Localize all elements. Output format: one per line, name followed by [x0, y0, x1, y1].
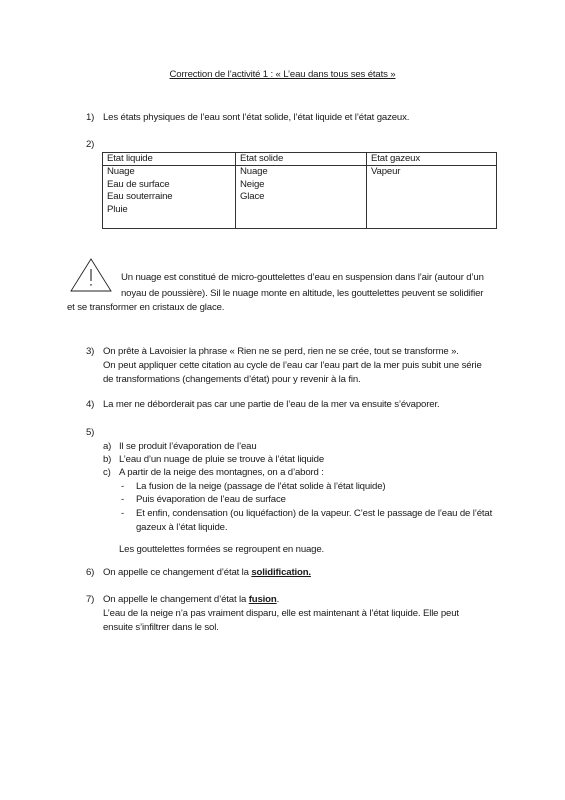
- q3-line-1: On prête à Lavoisier la phrase « Rien ne…: [103, 346, 459, 358]
- header-solid: Etat solide: [236, 153, 367, 166]
- q4-answer: La mer ne déborderait pas car une partie…: [103, 399, 439, 411]
- dash-bullet: -: [121, 508, 124, 520]
- q7-number: 7): [86, 594, 94, 606]
- q7-line-2: ensuite s’infiltrer dans le sol.: [103, 622, 219, 634]
- header-liquid: Etat liquide: [103, 153, 236, 166]
- q5c-sub-3: Et enfin, condensation (ou liquéfaction)…: [136, 508, 492, 520]
- list-item: Vapeur: [371, 166, 492, 179]
- list-item: Nuage: [240, 166, 362, 179]
- q3-line-3: de transformations (changements d’état) …: [103, 374, 361, 386]
- q5a-text: Il se produit l’évaporation de l’eau: [119, 441, 257, 453]
- q7-period: .: [277, 594, 280, 605]
- q5c-sub-2: Puis évaporation de l’eau de surface: [136, 494, 286, 506]
- q5c-sub-1: La fusion de la neige (passage de l’état…: [136, 481, 385, 493]
- gas-cell: Vapeur: [367, 166, 497, 229]
- q5c-text: A partir de la neige des montagnes, on a…: [119, 467, 324, 479]
- dash-bullet: -: [121, 494, 124, 506]
- list-item: Eau souterraine: [107, 191, 231, 204]
- q6-text: On appelle ce changement d’état la: [103, 567, 251, 578]
- q7-line-1: L’eau de la neige n’a pas vraiment dispa…: [103, 608, 496, 620]
- q5c-sub-3-cont: gazeux à l’état liquide.: [136, 522, 227, 534]
- q7-keyword: fusion: [249, 594, 277, 605]
- table-header-row: Etat liquide Etat solide Etat gazeux: [103, 153, 497, 166]
- warning-triangle-icon: [70, 258, 112, 292]
- solid-cell: Nuage Neige Glace: [236, 166, 367, 229]
- dash-bullet: -: [121, 481, 124, 493]
- q7-answer: On appelle le changement d’état la fusio…: [103, 594, 279, 606]
- q5a-letter: a): [103, 441, 111, 453]
- q5-number: 5): [86, 427, 94, 439]
- q2-number: 2): [86, 139, 94, 151]
- q6-keyword: solidification.: [251, 567, 311, 578]
- note-line-3: et se transformer en cristaux de glace.: [67, 302, 224, 314]
- note-line-2: noyau de poussière). Sil le nuage monte …: [121, 288, 483, 300]
- document-title: Correction de l’activité 1 : « L’eau dan…: [0, 69, 565, 81]
- list-item: Glace: [240, 191, 362, 204]
- q6-answer: On appelle ce changement d’état la solid…: [103, 567, 311, 579]
- q5b-letter: b): [103, 454, 111, 466]
- q5b-text: L’eau d’un nuage de pluie se trouve à l’…: [119, 454, 324, 466]
- header-gas: Etat gazeux: [367, 153, 497, 166]
- list-item: Nuage: [107, 166, 231, 179]
- q5-conclusion: Les gouttelettes formées se regroupent e…: [119, 544, 324, 556]
- q4-number: 4): [86, 399, 94, 411]
- q5c-letter: c): [103, 467, 111, 479]
- list-item: Pluie: [107, 204, 231, 217]
- q3-number: 3): [86, 346, 94, 358]
- q1-answer: Les états physiques de l’eau sont l’état…: [103, 112, 409, 124]
- note-line-1: Un nuage est constitué de micro-gouttele…: [121, 272, 484, 284]
- liquid-cell: Nuage Eau de surface Eau souterraine Plu…: [103, 166, 236, 229]
- list-item: Eau de surface: [107, 179, 231, 192]
- q3-line-2: On peut appliquer cette citation au cycl…: [103, 360, 482, 372]
- list-item: Neige: [240, 179, 362, 192]
- q1-number: 1): [86, 112, 94, 124]
- states-table: Etat liquide Etat solide Etat gazeux Nua…: [102, 152, 497, 229]
- q6-number: 6): [86, 567, 94, 579]
- table-row: Nuage Eau de surface Eau souterraine Plu…: [103, 166, 497, 229]
- q7-text: On appelle le changement d’état la: [103, 594, 249, 605]
